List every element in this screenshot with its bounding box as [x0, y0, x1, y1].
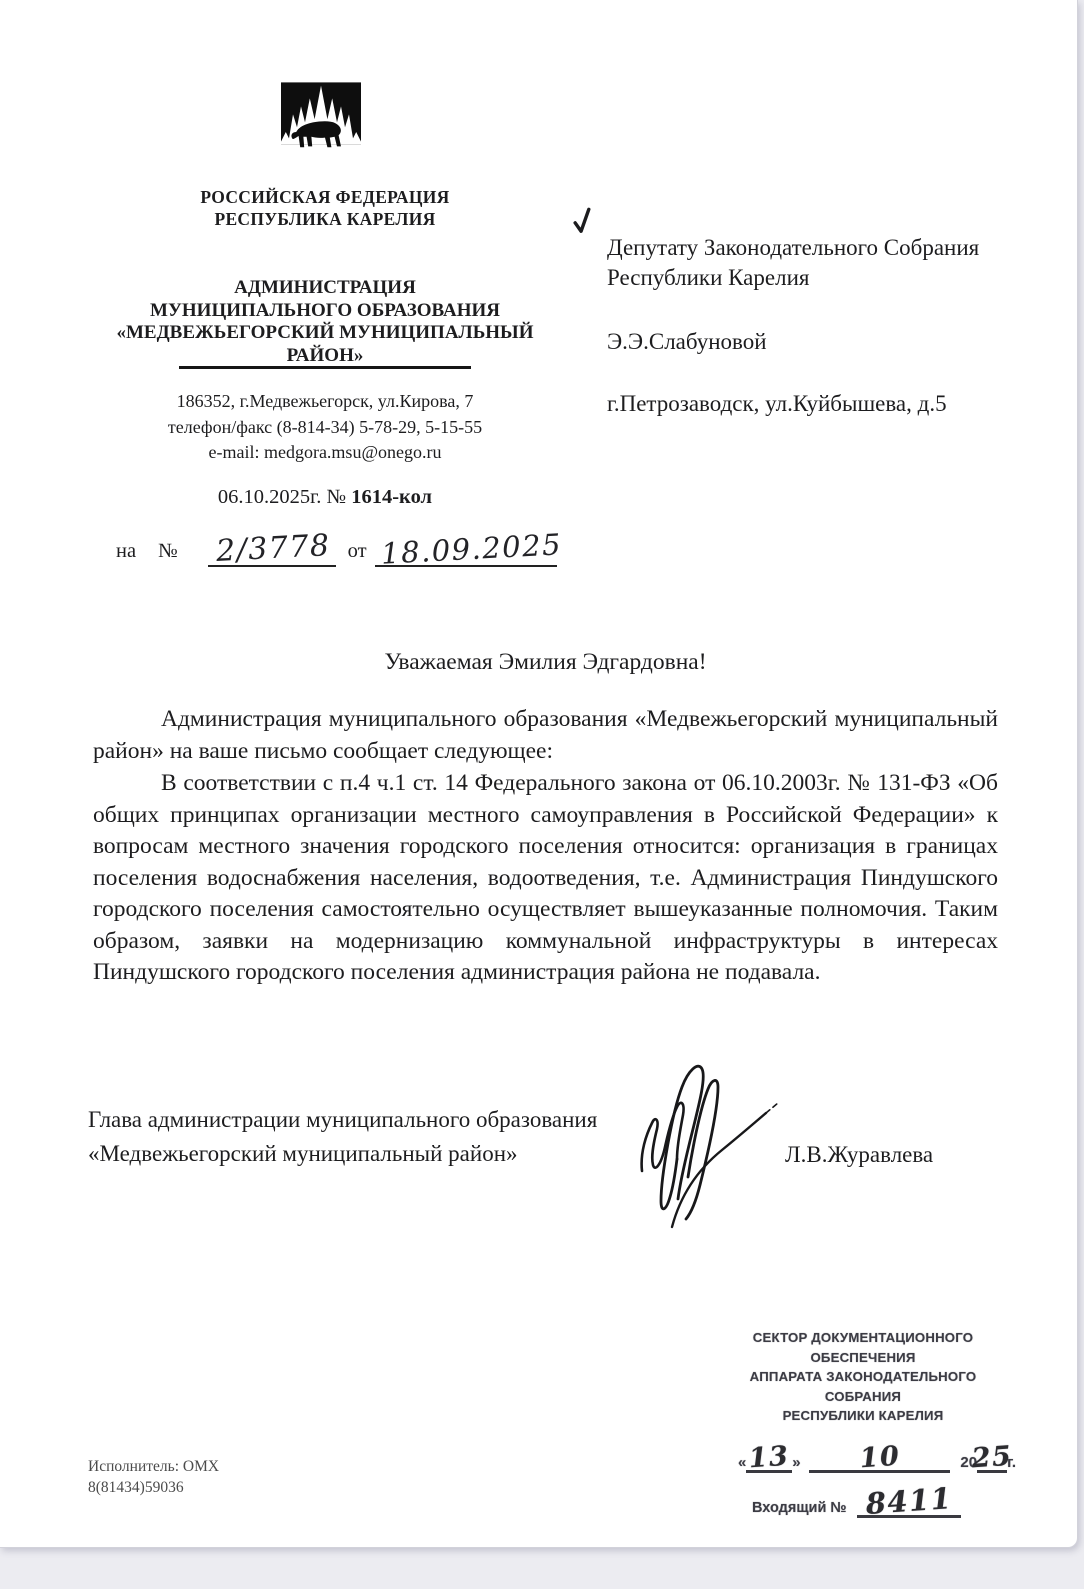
executor-block: Исполнитель: ОМХ 8(81434)59036: [88, 1456, 219, 1498]
recipient-line: Депутату Законодательного Собрания: [607, 233, 1027, 263]
ref-label-na: на: [116, 540, 136, 567]
stamp-month-field: 10: [809, 1440, 951, 1473]
stamp-incoming-label: Входящий №: [752, 1500, 847, 1518]
handwritten-signature: [628, 1053, 798, 1243]
region-line: РЕСПУБЛИКА КАРЕЛИЯ: [140, 208, 510, 230]
stamp-quote-open: «: [738, 1454, 746, 1473]
letter-page: РОССИЙСКАЯ ФЕДЕРАЦИЯ РЕСПУБЛИКА КАРЕЛИЯ …: [0, 0, 1078, 1548]
stamp-year-field: 25: [977, 1440, 1007, 1473]
stamp-quote-close: »: [792, 1454, 800, 1473]
outgoing-number-line: 06.10.2025г. № 1614-кол: [130, 486, 520, 509]
sender-phone: телефон/факс (8-814-34) 5-78-29, 5-15-55: [130, 415, 520, 441]
ref-date-handwritten: 18.09.2025: [380, 527, 563, 570]
ref-date-field: 18.09.2025: [375, 531, 557, 567]
sender-contact-block: 186352, г.Медвежьегорск, ул.Кирова, 7 те…: [130, 389, 520, 466]
outgoing-number: 1614-кол: [351, 486, 432, 508]
stamp-date-line: « 13 » 10 20 25 г.: [710, 1440, 1016, 1473]
ref-label-ot: от: [348, 540, 367, 567]
stamp-line: АППАРАТА ЗАКОНОДАТЕЛЬНОГО СОБРАНИЯ: [710, 1367, 1016, 1406]
body-paragraph-1: Администрация муниципального образования…: [93, 704, 998, 767]
org-line: «МЕДВЕЖЬЕГОРСКИЙ МУНИЦИПАЛЬНЫЙ РАЙОН»: [100, 322, 550, 367]
body-paragraph-2: В соответствии с п.4 ч.1 ст. 14 Федераль…: [93, 768, 998, 989]
stamp-year-handwritten: 25: [971, 1440, 1014, 1474]
org-line: МУНИЦИПАЛЬНОГО ОБРАЗОВАНИЯ: [100, 300, 550, 323]
signer-position-line: Глава администрации муниципального образ…: [88, 1103, 648, 1137]
stamp-incoming-field: 8411: [857, 1485, 961, 1518]
stamp-incoming-handwritten: 8411: [864, 1481, 953, 1521]
sender-address: 186352, г.Медвежьегорск, ул.Кирова, 7: [130, 389, 520, 415]
signer-name: Л.В.Журавлева: [785, 1142, 933, 1168]
country-line: РОССИЙСКАЯ ФЕДЕРАЦИЯ: [140, 186, 510, 208]
stamp-month-handwritten: 10: [858, 1440, 901, 1474]
sender-country-block: РОССИЙСКАЯ ФЕДЕРАЦИЯ РЕСПУБЛИКА КАРЕЛИЯ: [140, 186, 510, 230]
header-divider: [179, 366, 471, 369]
stamp-day-field: 13: [746, 1440, 792, 1473]
executor-name: Исполнитель: ОМХ: [88, 1456, 219, 1477]
stamp-day-handwritten: 13: [748, 1440, 791, 1474]
executor-phone: 8(81434)59036: [88, 1477, 219, 1498]
incoming-stamp: СЕКТОР ДОКУМЕНТАЦИОННОГО ОБЕСПЕЧЕНИЯ АПП…: [710, 1328, 1016, 1518]
recipient-block: Депутату Законодательного Собрания Респу…: [607, 233, 1027, 292]
org-line: АДМИНИСТРАЦИЯ: [100, 277, 550, 300]
scanned-letter: { "colors": { "ink": "#1d1d1f", "stamp_i…: [0, 0, 1084, 1589]
sender-organization-block: АДМИНИСТРАЦИЯ МУНИЦИПАЛЬНОГО ОБРАЗОВАНИЯ…: [100, 277, 550, 367]
recipient-name: Э.Э.Слабуновой: [607, 329, 767, 355]
signer-position-block: Глава администрации муниципального образ…: [88, 1103, 648, 1170]
outgoing-date: 06.10.2025г. №: [218, 486, 346, 508]
checkmark-icon: [570, 206, 596, 236]
stamp-line: СЕКТОР ДОКУМЕНТАЦИОННОГО ОБЕСПЕЧЕНИЯ: [710, 1328, 1016, 1367]
karelia-coat-of-arms-icon: [281, 82, 361, 166]
recipient-address: г.Петрозаводск, ул.Куйбышева, д.5: [607, 391, 947, 417]
stamp-line: РЕСПУБЛИКИ КАРЕЛИЯ: [710, 1406, 1016, 1426]
reference-line: на № 2/3778 от 18.09.2025: [116, 531, 557, 567]
ref-number-field: 2/3778: [208, 531, 336, 567]
sender-email: e-mail: medgora.msu@onego.ru: [130, 440, 520, 466]
salutation: Уважаемая Эмилия Эдгардовна!: [93, 649, 998, 676]
recipient-line: Республики Карелия: [607, 263, 1027, 293]
ref-label-no: №: [158, 540, 178, 567]
ref-number-handwritten: 2/3778: [215, 528, 331, 569]
stamp-incoming-line: Входящий № 8411: [710, 1485, 1016, 1518]
signer-position-line: «Медвежьегорский муниципальный район»: [88, 1137, 648, 1171]
